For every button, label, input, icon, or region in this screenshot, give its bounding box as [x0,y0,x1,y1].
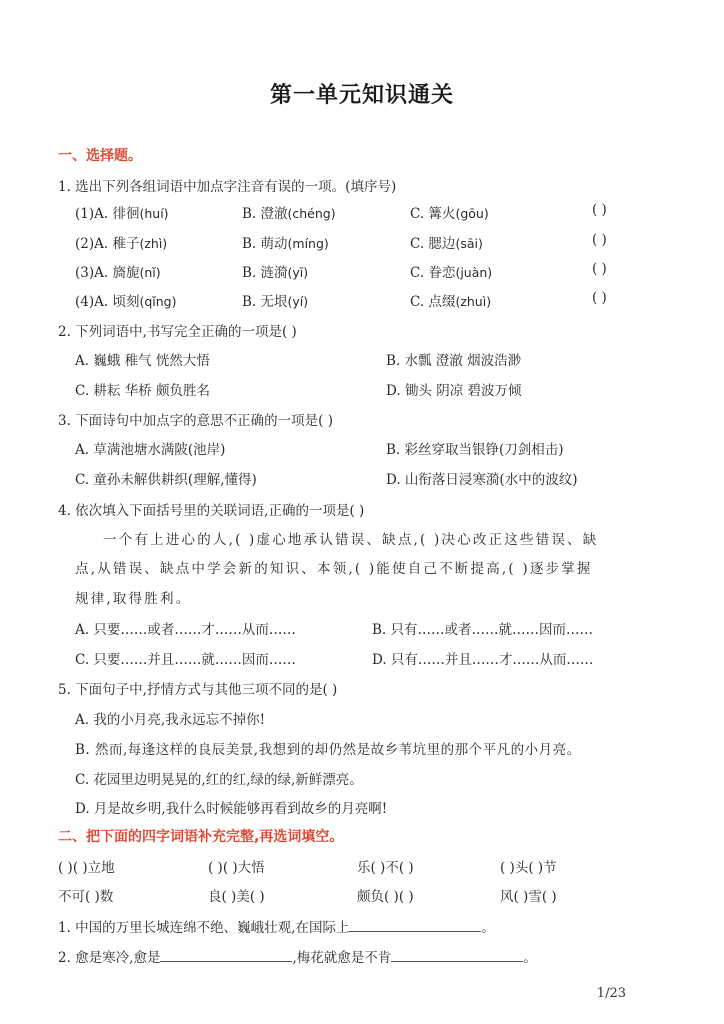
pinyin: (yí) [288,294,309,309]
q1-row-3: (3)A. 旖旎(nǐ) B. 涟漪(yī) C. 眷恋(juàn) ( ) [75,261,645,281]
idiom-7[interactable]: 颇负( )( ) [357,885,414,905]
pinyin: (chéng) [288,206,336,221]
q1-r4-option-c: C. 点缀 [410,294,455,310]
q4-option-d: D. 只有……并且……才……从而…… [372,648,593,668]
pinyin: (gōu) [455,206,488,221]
idiom-1[interactable]: ( )( )立地 [58,856,115,876]
section-2-heading: 二、把下面的四字词语补充完整,再选词填空。 [58,826,343,846]
idiom-4[interactable]: ( )头( )节 [500,856,557,876]
q5-option-b: B. 然而,每逢这样的良辰美景,我想到的却仍然是故乡苇坑里的那个平凡的小月亮。 [75,738,581,758]
pinyin: (huí) [139,206,168,221]
q4-option-a: A. 只要……或者……才……从而…… [75,618,296,638]
q3-option-d: D. 山衔落日浸寒漪(水中的波纹) [386,468,577,488]
sentence-2-blank-2[interactable] [391,949,523,962]
q3-option-b: B. 彩丝穿取当银铮(刀剑相击) [386,438,564,458]
page-title: 第一单元知识通关 [0,78,724,109]
pinyin: (juàn) [455,265,492,280]
fill-sentence-2: 2. 愈是寒冷,愈是,梅花就愈是不肯。 [58,946,537,966]
question-2-stem: 2. 下列词语中,书写完全正确的一项是( ) [58,320,297,340]
q1-r3-option-c: C. 眷恋 [410,265,455,281]
q1-r2-option-b: B. 萌动 [242,236,288,252]
q1-row-4: (4)A. 顷刻(qǐng) B. 无垠(yí) C. 点缀(zhuì) ( ) [75,290,645,310]
q3-option-c: C. 童孙未解供耕织(理解,懂得) [75,468,257,488]
idiom-2[interactable]: ( )( )大悟 [208,856,265,876]
sentence-2-end: 。 [523,950,537,966]
pinyin: (nǐ) [139,265,160,280]
q1-r1-option-c: C. 篝火 [410,206,455,222]
idiom-3[interactable]: 乐( )不( ) [357,856,414,876]
q2-option-d: D. 锄头 阴凉 碧波万倾 [386,379,522,399]
q5-option-a: A. 我的小月亮,我永远忘不掉你! [75,708,265,728]
q1-r1-option-b: B. 澄澈 [242,206,288,222]
q1-r3-option-a: (3)A. 旖旎 [75,265,139,281]
q1-r4-option-a: (4)A. 顷刻 [75,294,139,310]
question-4-stem: 4. 依次填入下面括号里的关联词语,正确的一项是( ) [58,499,364,519]
q1-r2-option-c: C. 腮边 [410,236,455,252]
pinyin: (sāi) [455,236,482,251]
sentence-1-blank[interactable] [349,919,481,932]
answer-bracket[interactable]: ( ) [592,202,607,218]
q4-passage-line-1: 一个有上进心的人,( )虚心地承认错误、缺点,( )决心改正这些错误、缺 [103,528,598,548]
sentence-2-text: 2. 愈是寒冷,愈是 [58,950,160,966]
pinyin: (qǐng) [139,294,176,309]
q5-option-d: D. 月是故乡明,我什么时候能够再看到故乡的月亮啊! [75,797,387,817]
page-number: 1/23 [597,986,626,1001]
answer-bracket[interactable]: ( ) [592,261,607,277]
worksheet-page: 第一单元知识通关 一、选择题。 1. 选出下列各组词语中加点字注音有误的一项。(… [0,0,724,1024]
idiom-8[interactable]: 风( )雪( ) [500,885,557,905]
question-5-stem: 5. 下面句子中,抒情方式与其他三项不同的是( ) [58,678,337,698]
q3-option-a: A. 草满池塘水满陂(池岸) [75,438,225,458]
question-1-stem: 1. 选出下列各组词语中加点字注音有误的一项。(填序号) [58,175,396,195]
pinyin: (zhuì) [455,294,491,309]
q1-r1-option-a: (1)A. 徘徊 [75,206,139,222]
sentence-1-end: 。 [481,920,495,936]
section-1-heading: 一、选择题。 [58,145,142,165]
q1-r3-option-b: B. 涟漪 [242,265,288,281]
q1-row-2: (2)A. 稚子(zhì) B. 萌动(míng) C. 腮边(sāi) ( ) [75,232,645,252]
idiom-6[interactable]: 良( )美( ) [208,885,265,905]
answer-bracket[interactable]: ( ) [592,232,607,248]
pinyin: (míng) [288,236,329,251]
q1-r4-option-b: B. 无垠 [242,294,288,310]
answer-bracket[interactable]: ( ) [592,290,607,306]
q5-option-c: C. 花园里边明晃晃的,红的红,绿的绿,新鲜漂亮。 [75,768,363,788]
q1-r2-option-a: (2)A. 稚子 [75,236,139,252]
sentence-2-mid: ,梅花就愈是不肯 [292,950,391,966]
sentence-2-blank-1[interactable] [160,949,292,962]
q4-passage-line-3: 规律,取得胜利。 [75,587,191,607]
sentence-1-text: 1. 中国的万里长城连绵不绝、巍峨壮观,在国际上 [58,920,349,936]
q2-option-a: A. 巍蛾 稚气 恍然大悟 [75,349,210,369]
q2-option-c: C. 耕耘 华桥 颇负胜名 [75,379,210,399]
q4-option-c: C. 只要……并且……就……因而…… [75,648,296,668]
q1-row-1: (1)A. 徘徊(huí) B. 澄澈(chéng) C. 篝火(gōu) ( … [75,202,645,222]
pinyin: (zhì) [139,236,167,251]
q2-option-b: B. 水瓢 澄澈 烟波浩渺 [386,349,521,369]
question-3-stem: 3. 下面诗句中加点字的意思不正确的一项是( ) [58,409,333,429]
fill-sentence-1: 1. 中国的万里长城连绵不绝、巍峨壮观,在国际上。 [58,916,495,936]
pinyin: (yī) [288,265,309,280]
q4-option-b: B. 只有……或者……就……因而…… [372,618,593,638]
q4-passage-line-2: 点,从错误、缺点中学会新的知识、本领,( )能使自己不断提高,( )逐步掌握 [75,557,593,577]
idiom-5[interactable]: 不可( )数 [58,885,113,905]
